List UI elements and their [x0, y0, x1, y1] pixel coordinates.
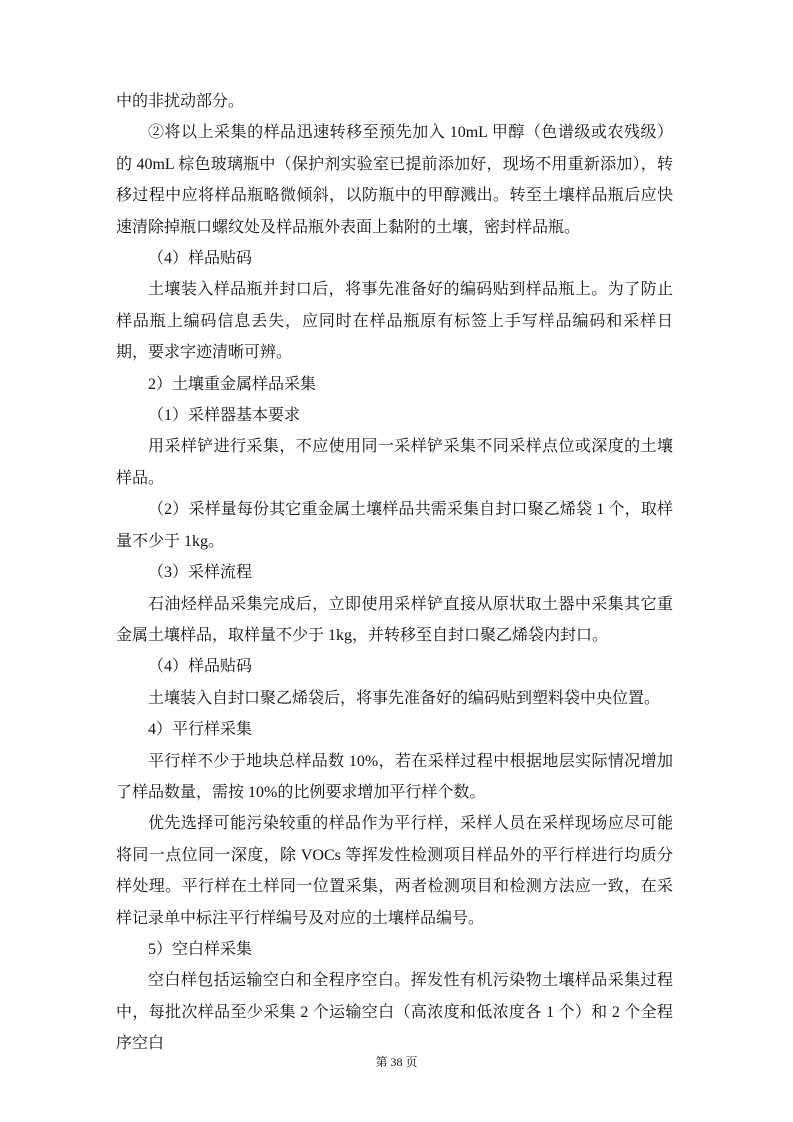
paragraph: 5）空白样采集 — [116, 934, 673, 965]
paragraph: 中的非扰动部分。 — [116, 86, 673, 117]
paragraph: （4）样品贴码 — [116, 651, 673, 682]
paragraph: （3）采样流程 — [116, 557, 673, 588]
paragraph: 优先选择可能污染较重的样品作为平行样，采样人员在采样现场应尽可能将同一点位同一深… — [116, 808, 673, 934]
paragraph: 石油烃样品采集完成后，立即使用采样铲直接从原状取土器中采集其它重金属土壤样品，取… — [116, 589, 673, 652]
paragraph: 土壤装入样品瓶并封口后，将事先准备好的编码贴到样品瓶上。为了防止样品瓶上编码信息… — [116, 274, 673, 368]
paragraph: 平行样不少于地块总样品数 10%，若在采样过程中根据地层实际情况增加了样品数量，… — [116, 746, 673, 809]
paragraph: （1）采样器基本要求 — [116, 400, 673, 431]
paragraph: （4）样品贴码 — [116, 243, 673, 274]
paragraph: 4）平行样采集 — [116, 714, 673, 745]
paragraph: 用采样铲进行采集，不应使用同一采样铲采集不同采样点位或深度的土壤样品。 — [116, 431, 673, 494]
paragraph: （2）采样量每份其它重金属土壤样品共需采集自封口聚乙烯袋 1 个，取样量不少于 … — [116, 494, 673, 557]
document-page: 中的非扰动部分。②将以上采集的样品迅速转移至预先加入 10mL 甲醇（色谱级或农… — [0, 0, 793, 1122]
paragraph: 空白样包括运输空白和全程序空白。挥发性有机污染物土壤样品采集过程中，每批次样品至… — [116, 965, 673, 1059]
paragraph: 2）土壤重金属样品采集 — [116, 369, 673, 400]
paragraph: 土壤装入自封口聚乙烯袋后，将事先准备好的编码贴到塑料袋中央位置。 — [116, 683, 673, 714]
paragraph: ②将以上采集的样品迅速转移至预先加入 10mL 甲醇（色谱级或农残级）的 40m… — [116, 117, 673, 243]
page-number: 第 38 页 — [0, 1052, 793, 1072]
document-body: 中的非扰动部分。②将以上采集的样品迅速转移至预先加入 10mL 甲醇（色谱级或农… — [116, 86, 673, 1060]
